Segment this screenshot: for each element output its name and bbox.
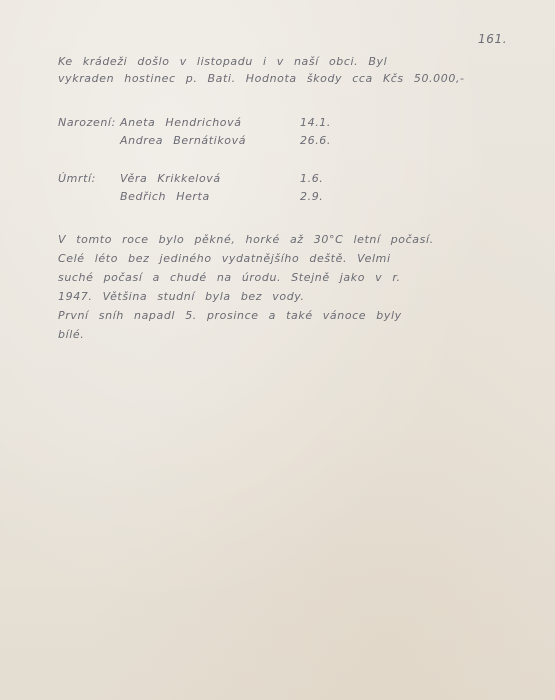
paragraph-theft-line-1: Ke krádeži došlo v listopadu i v naší ob… <box>58 55 387 68</box>
death-date: 1.6. <box>300 172 323 185</box>
paragraph-weather-line-1: V tomto roce bylo pěkné, horké až 30°C l… <box>58 233 434 246</box>
birth-name: Andrea Bernátiková <box>120 134 246 147</box>
paragraph-weather-line-4: 1947. Většina studní byla bez vody. <box>58 290 305 303</box>
births-label: Narození: <box>58 116 116 129</box>
birth-date: 14.1. <box>300 116 331 129</box>
paragraph-weather-line-2: Celé léto bez jediného vydatnějšího dešt… <box>58 252 391 265</box>
death-date: 2.9. <box>300 190 323 203</box>
paragraph-weather-line-6: bílé. <box>58 328 84 341</box>
handwritten-chronicle-page: 161. Ke krádeži došlo v listopadu i v na… <box>0 0 555 700</box>
death-name: Věra Krikkelová <box>120 172 221 185</box>
death-name: Bedřich Herta <box>120 190 210 203</box>
paragraph-theft-line-2: vykraden hostinec p. Bati. Hodnota škody… <box>58 72 465 85</box>
paragraph-weather-line-3: suché počasí a chudé na úrodu. Stejně ja… <box>58 271 401 284</box>
birth-date: 26.6. <box>300 134 331 147</box>
birth-name: Aneta Hendrichová <box>120 116 242 129</box>
page-number: 161. <box>478 32 507 46</box>
deaths-label: Úmrtí: <box>58 172 96 185</box>
paragraph-weather-line-5: První sníh napadl 5. prosince a také ván… <box>58 309 402 322</box>
